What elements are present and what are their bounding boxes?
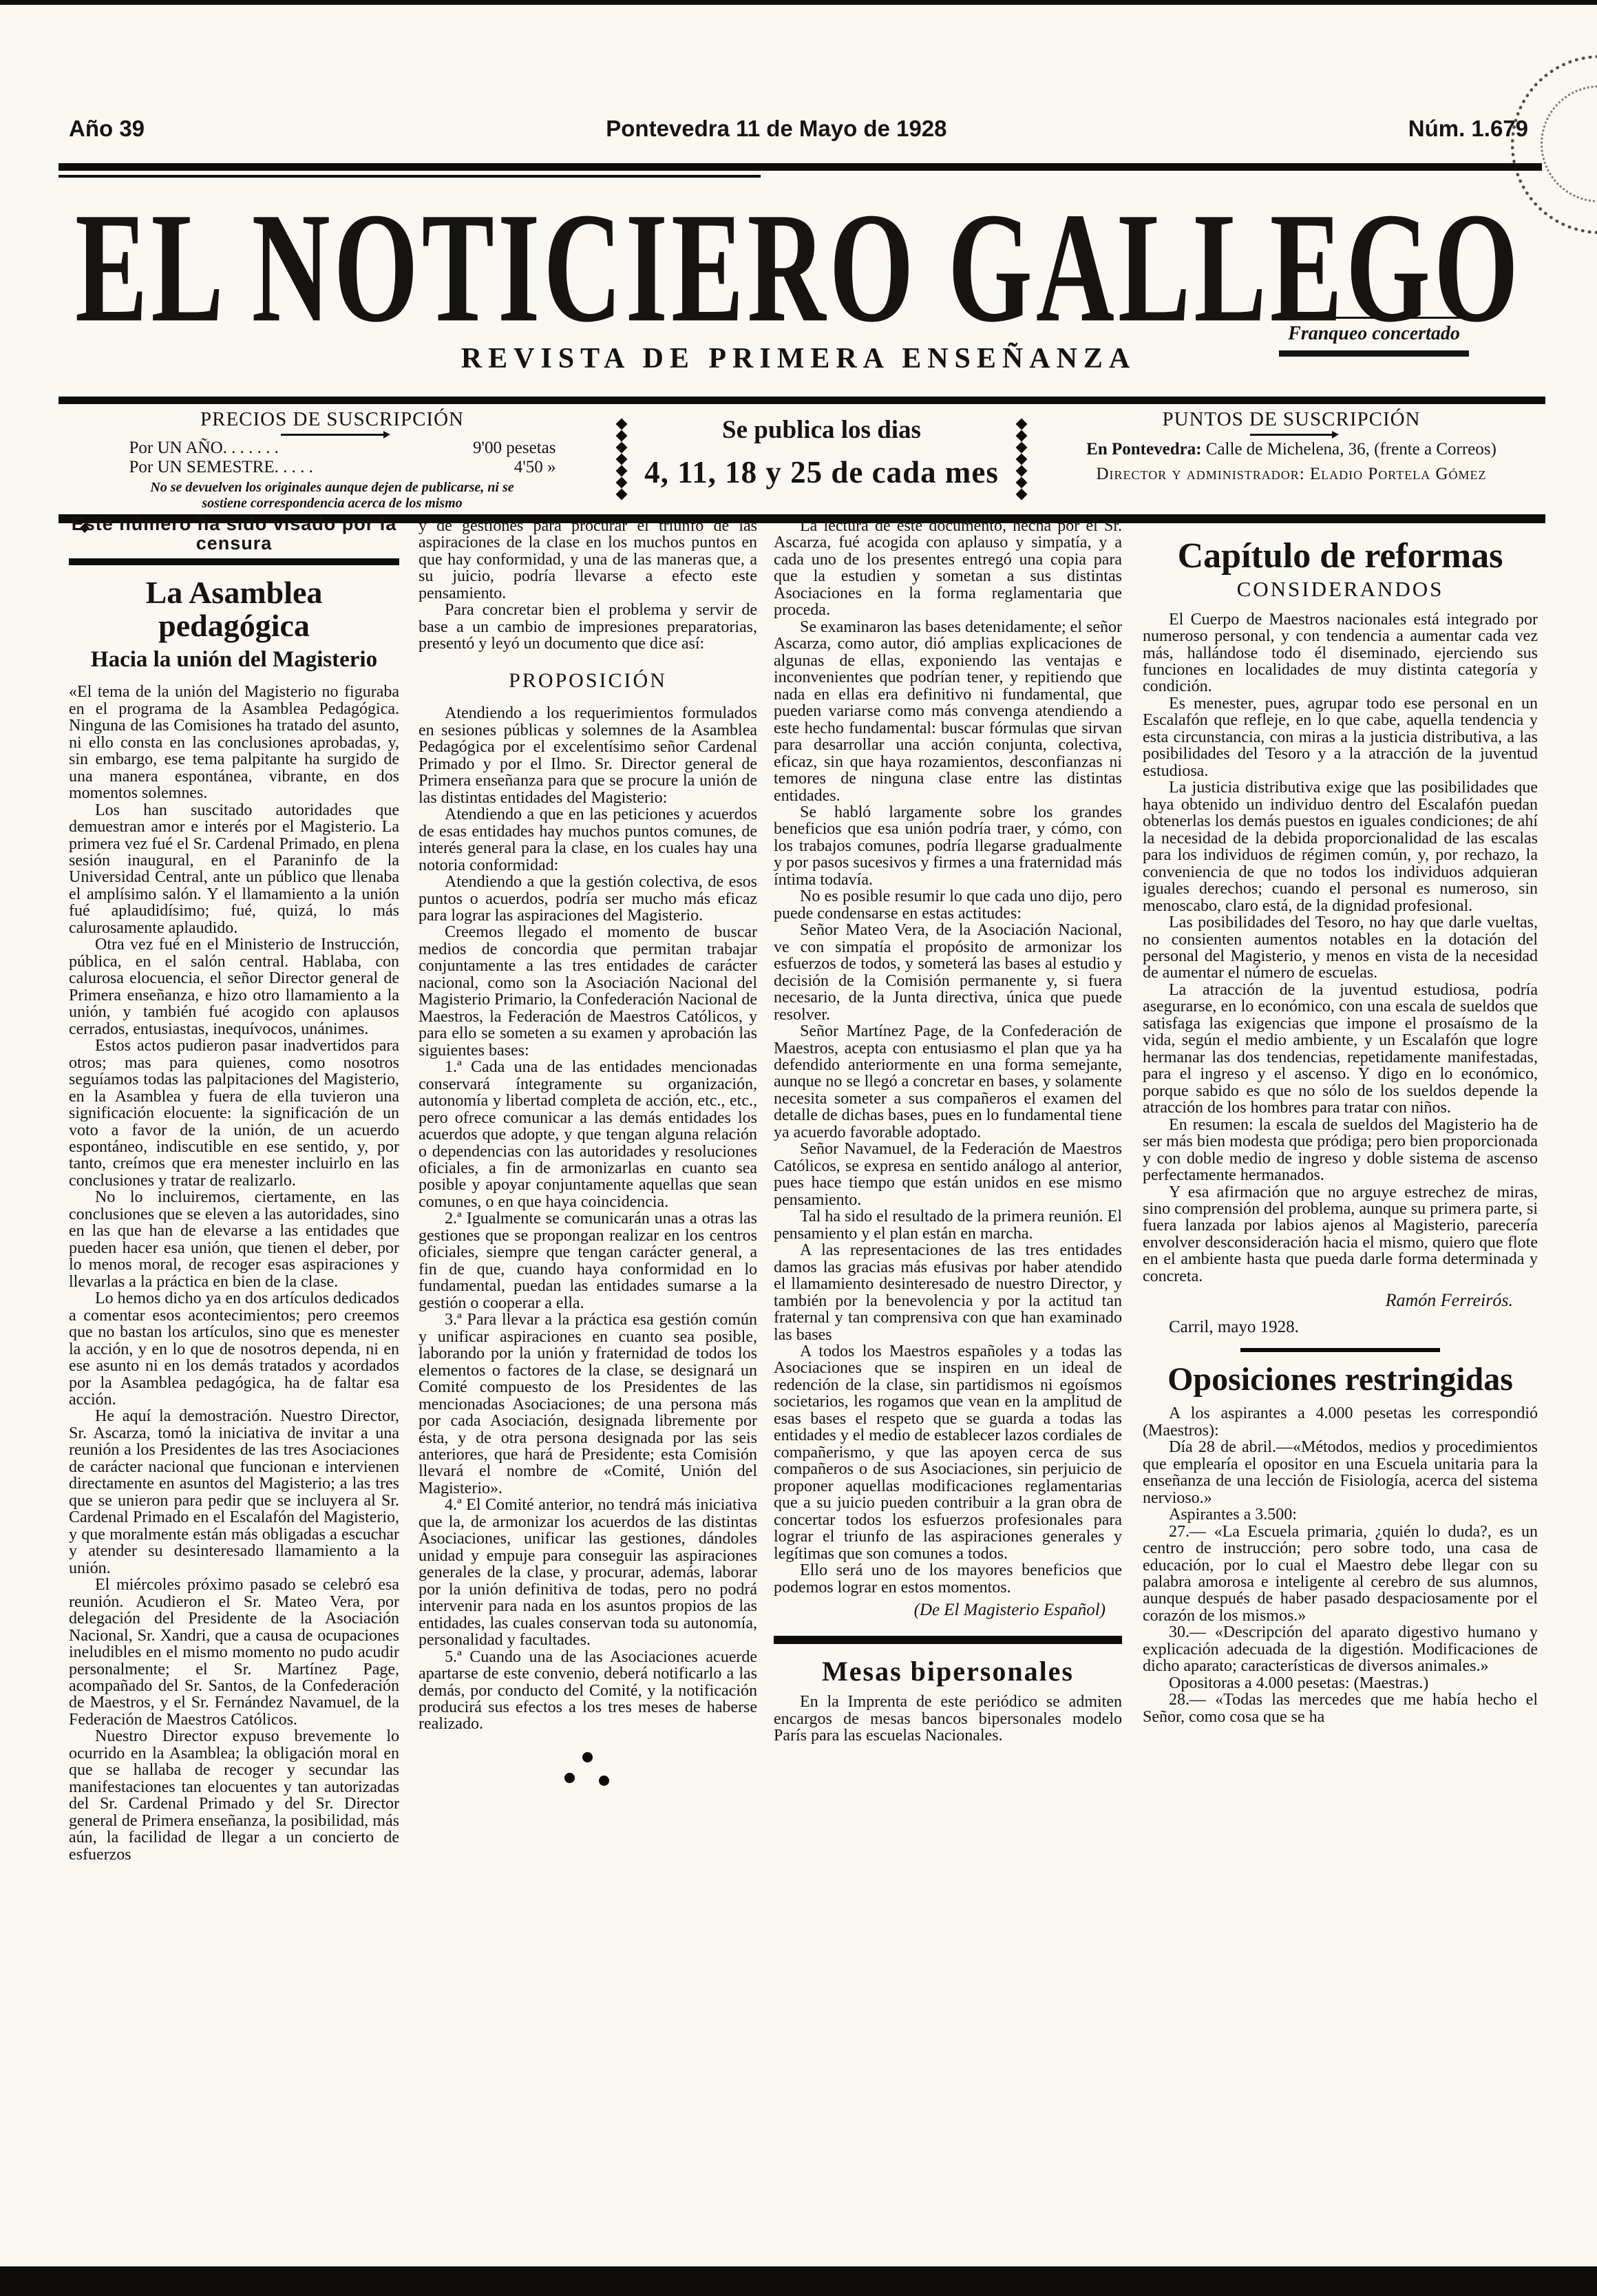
paragraph: Y esa afirmación que no arguye estrechez… [1143, 1184, 1538, 1285]
paragraph: A los aspirantes a 4.000 pesetas les cor… [1143, 1405, 1538, 1439]
paragraph: En la Imprenta de este periódico se admi… [774, 1694, 1122, 1744]
oposiciones-body: A los aspirantes a 4.000 pesetas les cor… [1143, 1405, 1538, 1725]
paragraph: Opositoras a 4.000 pesetas: (Maestras.) [1143, 1675, 1538, 1692]
points-rule [1250, 434, 1333, 436]
source-attribution: (De El Magisterio Español) [774, 1601, 1122, 1619]
paragraph: Ello será uno de los mayores beneficios … [774, 1562, 1122, 1596]
reforms-headline: Capítulo de reformas [1143, 538, 1538, 574]
article-headline: La Asamblea pedagógica [69, 576, 399, 643]
reforms-subhead: CONSIDERANDOS [1143, 578, 1538, 600]
proposal-body: Atendiendo a los requerimientos formulad… [419, 705, 757, 1733]
points-section: PUNTOS DE SUSCRIPCIÓN En Pontevedra: Cal… [1037, 407, 1545, 512]
points-address-rest: Calle de Michelena, 36, (frente a Correo… [1202, 440, 1496, 459]
column-3: La lectura de este documento, hecha por … [774, 518, 1122, 2264]
paragraph: 4.ª El Comité anterior, no tendrá más in… [419, 1497, 757, 1648]
prices-title: PRECIOS DE SUSCRIPCIÓN [59, 408, 606, 431]
bottom-edge-rule [0, 2266, 1597, 2296]
price-semester-label: Por UN SEMESTRE. . . . . [129, 458, 313, 477]
paragraph: Las posibilidades del Tesoro, no hay que… [1143, 914, 1538, 982]
paragraph: Estos actos pudieron pasar inadvertidos … [69, 1038, 399, 1189]
paragraph: La atracción de la juventud estudiosa, p… [1143, 982, 1538, 1117]
paragraph: Se examinaron las bases detenidamente; e… [774, 619, 1122, 804]
points-address-label: En Pontevedra: [1086, 440, 1201, 459]
mesas-body: En la Imprenta de este periódico se admi… [774, 1694, 1122, 1744]
header-rule [59, 163, 1542, 171]
price-semester-value: 4'50 » [514, 458, 556, 477]
issue-header: Año 39 Pontevedra 11 de Mayo de 1928 Núm… [69, 116, 1528, 142]
price-year-value: 9'00 pesetas [473, 439, 556, 458]
paragraph: Señor Navamuel, de la Federación de Maes… [774, 1141, 1122, 1208]
price-row-semester: Por UN SEMESTRE. . . . . 4'50 » [109, 458, 556, 477]
paragraph: No es posible resumir lo que cada uno di… [774, 888, 1122, 922]
censorship-rule [69, 558, 399, 565]
paragraph: 2.ª Igualmente se comunicarán unas a otr… [419, 1210, 757, 1312]
price-row-year: Por UN AÑO. . . . . . . 9'00 pesetas [109, 439, 556, 458]
paragraph: No lo incluiremos, ciertamente, en las c… [69, 1189, 399, 1290]
issue-date: Pontevedra 11 de Mayo de 1928 [606, 116, 946, 142]
issue-number: Núm. 1.679 [1408, 116, 1528, 142]
newspaper-subtitle: REVISTA DE PRIMERA ENSEÑANZA [193, 342, 1404, 375]
paragraph: En resumen: la escala de sueldos del Mag… [1143, 1117, 1538, 1184]
column-1: Este número ha sido visado por la censur… [69, 515, 399, 2264]
newspaper-page: { "header": { "year_label": "Año 39", "d… [0, 0, 1597, 2296]
dateline: Carril, mayo 1928. [1143, 1318, 1538, 1336]
paragraph: Tal ha sido el resultado de la primera r… [774, 1208, 1122, 1242]
points-address: En Pontevedra: Calle de Michelena, 36, (… [1037, 440, 1545, 459]
section-divider-rule [1240, 1348, 1440, 1352]
paragraph: Señor Martínez Page, de la Confederación… [774, 1023, 1122, 1141]
column-2: y de gestiones para procurar el triunfo … [419, 518, 757, 2264]
paragraph: Señor Mateo Vera, de la Asociación Nacio… [774, 922, 1122, 1023]
subscription-bar: PRECIOS DE SUSCRIPCIÓN Por UN AÑO. . . .… [59, 397, 1545, 523]
paragraph: Se habló largamente sobre los grandes be… [774, 804, 1122, 888]
mesas-headline: Mesas bipersonales [774, 1658, 1122, 1686]
paragraph: 5.ª Cuando una de las Asociaciones acuer… [419, 1649, 757, 1733]
reforms-body: El Cuerpo de Maestros nacionales está in… [1143, 611, 1538, 1285]
paragraph: 3.ª Para llevar a la práctica esa gestió… [419, 1312, 757, 1497]
schedule-line1: Se publica los dias [637, 415, 1006, 445]
paragraph: Otra vez fué en el Ministerio de Instruc… [69, 936, 399, 1038]
oposiciones-headline: Oposiciones restringidas [1143, 1363, 1538, 1397]
paragraph: 27.— «La Escuela primaria, ¿quién lo dud… [1143, 1524, 1538, 1625]
paragraph: Creemos llegado el momento de buscar med… [419, 924, 757, 1059]
points-title: PUNTOS DE SUSCRIPCIÓN [1037, 408, 1545, 431]
paragraph: Nuestro Director expuso brevemente lo oc… [69, 1728, 399, 1863]
paragraph: El Cuerpo de Maestros nacionales está in… [1143, 611, 1538, 695]
article-body-continued: y de gestiones para procurar el triunfo … [419, 518, 757, 653]
postal-mark: Franqueo concertado [1279, 317, 1469, 357]
column-4: Capítulo de reformas CONSIDERANDOS El Cu… [1143, 538, 1538, 2264]
censorship-notice: Este número ha sido visado por la censur… [69, 515, 399, 553]
paragraph: Atendiendo a que la gestión colectiva, d… [419, 874, 757, 924]
proposal-title: PROPOSICIÓN [419, 671, 757, 692]
paragraph: Atendiendo a que en las peticiones y acu… [419, 806, 757, 874]
article-body: «El tema de la unión del Magisterio no f… [69, 684, 399, 1863]
prices-note: No se devuelven los originales aunque de… [59, 480, 606, 512]
issue-year: Año 39 [69, 116, 145, 142]
paragraph: y de gestiones para procurar el triunfo … [419, 518, 757, 602]
paragraph: La justicia distributiva exige que las p… [1143, 779, 1538, 914]
prices-section: PRECIOS DE SUSCRIPCIÓN Por UN AÑO. . . .… [59, 407, 606, 512]
schedule-line2: 4, 11, 18 y 25 de cada mes [637, 454, 1006, 490]
leaf-ornament-icon [606, 407, 637, 512]
author-signature: Ramón Ferreirós. [1143, 1292, 1538, 1310]
paragraph: El miércoles próximo pasado se celebró e… [69, 1577, 399, 1728]
article-subhead: Hacia la unión del Magisterio [69, 649, 399, 672]
end-ornament-dots-icon [560, 1752, 615, 1791]
paragraph: 1.ª Cada una de las entidades mencionada… [419, 1059, 757, 1210]
paragraph: Atendiendo a los requerimientos formulad… [419, 705, 757, 806]
paragraph: A las representaciones de las tres entid… [774, 1242, 1122, 1343]
masthead: EL NOTICIERO GALLEGO [62, 178, 1535, 303]
paragraph: A todos los Maestros españoles y a todas… [774, 1343, 1122, 1562]
price-year-label: Por UN AÑO. . . . . . . [129, 439, 279, 458]
leaf-ornament-icon [1006, 407, 1037, 512]
publication-schedule: Se publica los dias 4, 11, 18 y 25 de ca… [637, 407, 1006, 512]
prices-rule [281, 434, 384, 436]
paragraph: Lo hemos dicho ya en dos artículos dedic… [69, 1290, 399, 1408]
paragraph: Día 28 de abril.—«Métodos, medios y proc… [1143, 1439, 1538, 1506]
paragraph: 28.— «Todas las mercedes que me había he… [1143, 1692, 1538, 1725]
paragraph: He aquí la demostración. Nuestro Directo… [69, 1408, 399, 1577]
paragraph: Es menester, pues, agrupar todo ese pers… [1143, 695, 1538, 779]
paragraph: «El tema de la unión del Magisterio no f… [69, 684, 399, 801]
article-body-continued: La lectura de este documento, hecha por … [774, 518, 1122, 1596]
top-edge-rule [0, 0, 1597, 5]
paragraph: Aspirantes a 3.500: [1143, 1506, 1538, 1523]
paragraph: Para concretar bien el problema y servir… [419, 602, 757, 652]
paragraph: 30.— «Descripción del aparato digestivo … [1143, 1624, 1538, 1674]
paragraph: Los han suscitado autoridades que demues… [69, 802, 399, 937]
paragraph: La lectura de este documento, hecha por … [774, 518, 1122, 619]
director-line: Director y administrador: Eladio Portela… [1037, 465, 1545, 484]
section-divider-rule [774, 1636, 1122, 1644]
